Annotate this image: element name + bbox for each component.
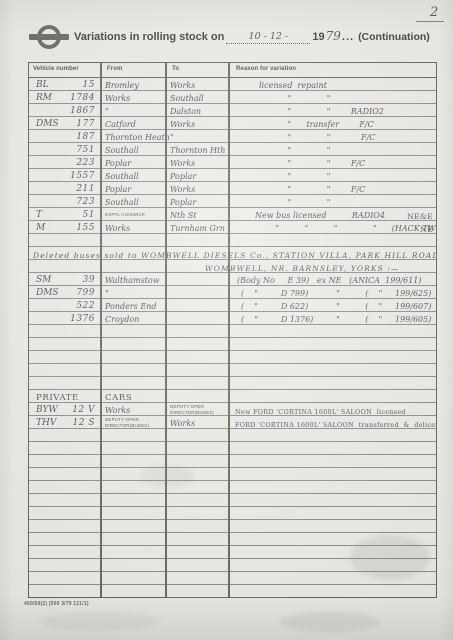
table-row [29,481,436,494]
form-title-row: Variations in rolling stock on 10 - 12 -… [74,29,444,44]
from-cell: Croydon [103,312,165,325]
table-row: 723SouthallPoplar " " [29,195,436,208]
table-row [29,429,436,442]
scanned-form-page: 2 Variations in rolling stock on 10 - 12… [0,0,453,640]
table-row [29,533,436,546]
vehicle-number: 12 V [72,406,95,415]
vehicle-number: 12 S [73,419,95,428]
table-row [29,364,436,377]
reason-cell: " " [231,143,436,156]
reason-cell: FORD 'CORTINA 1600L' SALOON transferred … [231,416,436,429]
vehicle-cell: 723 [29,195,100,208]
vehicle-class: BL [36,81,49,90]
table-row: DMS177CatfordWorks " transfer F/C [29,117,436,130]
from-cell: DEPUTY OPER. DIRECTOR(BUSES) [103,416,165,429]
vehicle-number: 522 [76,302,95,311]
table-row: 1867"Dalston " " RADIO2 [29,104,436,117]
disposal-note-line2: WOMBWELL, NR. BARNSLEY, YORKS :— [205,264,400,273]
to-cell: Thornton Hth [168,143,228,156]
vehicle-number: 1376 [70,315,95,324]
table-row: M155WorksTurnham Grn " " " " (HACK TWR)N… [29,221,436,234]
vehicle-class: BYW [36,406,58,415]
from-cell: Southall [103,195,165,208]
from-cell: Thornton Heath [103,130,165,143]
to-cell [168,299,228,312]
reason-cell: " " F/C [231,182,436,195]
vehicle-cell: 522 [29,299,100,312]
reason-cell: " " RADIO2 [231,104,436,117]
to-cell: Works [168,117,228,130]
to-cell: " [168,130,228,143]
table-row [29,351,436,364]
to-cell: Poplar [168,169,228,182]
reason-cell: licensed repaint [231,78,436,91]
vehicle-number: 177 [76,120,95,129]
vehicle-class: RM [36,94,52,103]
table-row [29,546,436,559]
date-dotted-line: 10 - 12 - [226,31,310,44]
vehicle-cell: 751 [29,143,100,156]
vehicle-cell: M155 [29,221,100,234]
table-row [29,442,436,455]
reason-cell: New FORD 'CORTINA 1600L' SALOON licensed [231,403,436,416]
vehicle-cell: SM39 [29,273,100,286]
table-row: THV12 SDEPUTY OPER. DIRECTOR(BUSES)Works… [29,416,436,429]
to-cell: Dalston [168,104,228,117]
vehicle-number: 51 [83,211,95,220]
from-cell: Ponders End [103,299,165,312]
reason-right-tag: NE [420,226,433,234]
reason-cell: (Body No E 39) ex NE (ANICA 199/611) [231,273,436,286]
vehicle-number: 223 [76,159,95,168]
vehicle-cell: DMS177 [29,117,100,130]
to-cell: Works [168,78,228,91]
table-row: T51EXPTL CHISWICKNth StNew bus licensed … [29,208,436,221]
table-row: BL15BromleyWorkslicensed repaint [29,78,436,91]
table-row [29,338,436,351]
vehicle-cell: BL15 [29,78,100,91]
vehicle-number: 39 [83,276,95,285]
year-printed: 19 [312,31,324,43]
column-divider [228,63,230,597]
vehicle-cell: 187 [29,130,100,143]
roundel-bar [29,34,69,40]
table-row [29,572,436,585]
from-cell: Poplar [103,156,165,169]
to-cell [168,312,228,325]
to-cell: Nth St [168,208,228,221]
from-cell: EXPTL CHISWICK [103,208,165,221]
table-row [29,494,436,507]
to-cell: Works [168,156,228,169]
to-cell [168,286,228,299]
table-row [29,325,436,338]
year-handwritten: 79 [326,29,341,43]
column-header: To [172,66,179,72]
table-row: PRIVATECARS [29,390,436,403]
vehicle-class: PRIVATE [36,394,79,403]
from-cell: Walthamstow [103,273,165,286]
vehicle-number: 1867 [70,107,95,116]
vehicle-cell: 223 [29,156,100,169]
vehicle-number: 155 [76,224,95,233]
reason-cell: " " [231,169,436,182]
vehicle-number: 15 [83,81,95,90]
vehicle-cell: PRIVATE [29,390,100,403]
vehicle-class: THV [36,419,56,428]
reason-cell: " " " " (HACK TWR)NE [231,221,436,234]
london-transport-roundel-icon [29,25,69,49]
disposal-note-line1: Deleted buses sold to WOMBWELL DIESELS C… [33,251,437,260]
from-cell: Works [103,403,165,416]
reason-cell [231,390,436,403]
reason-cell: ( " D 799) " ( " 199/625) [231,286,436,299]
vehicle-number: 211 [76,185,95,194]
column-header: Reason for variation [236,66,296,72]
to-cell: Southall [168,91,228,104]
table-row: 223PoplarWorks " " F/C [29,156,436,169]
column-divider [100,63,102,597]
table-row: 1557SouthallPoplar " " [29,169,436,182]
table-row: 187Thornton Heath" " " F/C [29,130,436,143]
table-row [29,559,436,572]
reason-cell: " transfer F/C [231,117,436,130]
to-cell [168,273,228,286]
vehicle-cell: T51 [29,208,100,221]
table-row [29,507,436,520]
table-row [29,377,436,390]
footer-form-ref: 400/59(2) (500 3/79 121/1) [24,601,89,607]
from-cell: Southall [103,169,165,182]
vehicle-number: 1784 [70,94,95,103]
vehicle-cell: DMS799 [29,286,100,299]
table-row [29,520,436,533]
reason-cell: " " F/C [231,156,436,169]
vehicle-cell: RM1784 [29,91,100,104]
column-divider [165,63,167,597]
to-cell: Works [168,416,228,429]
table-row: 522Ponders End( " D 622) " ( " 199/607) [29,299,436,312]
table-row [29,234,436,247]
from-cell: Southall [103,143,165,156]
vehicle-cell: 1376 [29,312,100,325]
vehicle-cell: BYW12 V [29,403,100,416]
from-cell: " [103,286,165,299]
reason-right-tag: NE&E [407,213,433,221]
continuation-label: (Continuation) [358,31,430,43]
table-row [29,585,436,598]
table-row: BYW12 VWorksDEPUTY OPER. DIRECTOR(BUSES)… [29,403,436,416]
table-row: 751SouthallThornton Hth " " [29,143,436,156]
from-cell: Works [103,91,165,104]
vehicle-cell: 1557 [29,169,100,182]
vehicle-number: 187 [76,133,95,142]
reason-cell: ( " D 622) " ( " 199/607) [231,299,436,312]
title-dots: ... [342,31,354,43]
vehicle-number: 751 [76,146,95,155]
scan-smudge [40,612,160,630]
vehicle-number: 1557 [70,172,95,181]
from-cell: Works [103,221,165,234]
reason-cell: " " [231,91,436,104]
table-header-row: Vehicle numberFromToReason for variation [29,63,436,78]
vehicle-class: DMS [36,120,59,129]
vehicle-class: M [36,224,45,233]
to-cell: Works [168,182,228,195]
to-cell [168,390,228,403]
from-cell: " [103,104,165,117]
column-header: From [107,66,122,72]
from-cell: CARS [103,390,165,403]
vehicle-class: SM [36,276,51,285]
page-number: 2 [416,5,444,22]
form-title: Variations in rolling stock on [74,31,224,43]
vehicle-number: 723 [76,198,95,207]
vehicle-cell: 1867 [29,104,100,117]
table-row: 1376Croydon( " D 1376) " ( " 199/605) [29,312,436,325]
reason-cell: ( " D 1376) " ( " 199/605) [231,312,436,325]
from-cell: Bromley [103,78,165,91]
vehicle-class: DMS [36,289,59,298]
date-handwritten: 10 - 12 - [249,31,289,42]
vehicle-class: T [36,211,42,220]
table-row: 211PoplarWorks " " F/C [29,182,436,195]
from-cell: Catford [103,117,165,130]
to-cell: Turnham Grn [168,221,228,234]
vehicle-cell: 211 [29,182,100,195]
table-row: SM39Walthamstow(Body No E 39) ex NE (ANI… [29,273,436,286]
vehicle-number: 799 [76,289,95,298]
form-grid: Deleted buses sold to WOMBWELL DIESELS C… [28,62,437,598]
to-cell: Poplar [168,195,228,208]
column-header: Vehicle number [33,66,79,72]
reason-cell: New bus licensed RADIO4NE&E [231,208,436,221]
reason-cell: " " [231,195,436,208]
table-row [29,455,436,468]
to-cell: DEPUTY OPER. DIRECTOR(BUSES) [168,403,228,416]
table-row: RM1784WorksSouthall " " [29,91,436,104]
scan-smudge [280,612,380,632]
from-cell: Poplar [103,182,165,195]
table-row [29,468,436,481]
reason-cell: " " F/C [231,130,436,143]
vehicle-cell: THV12 S [29,416,100,429]
table-row: DMS799"( " D 799) " ( " 199/625) [29,286,436,299]
